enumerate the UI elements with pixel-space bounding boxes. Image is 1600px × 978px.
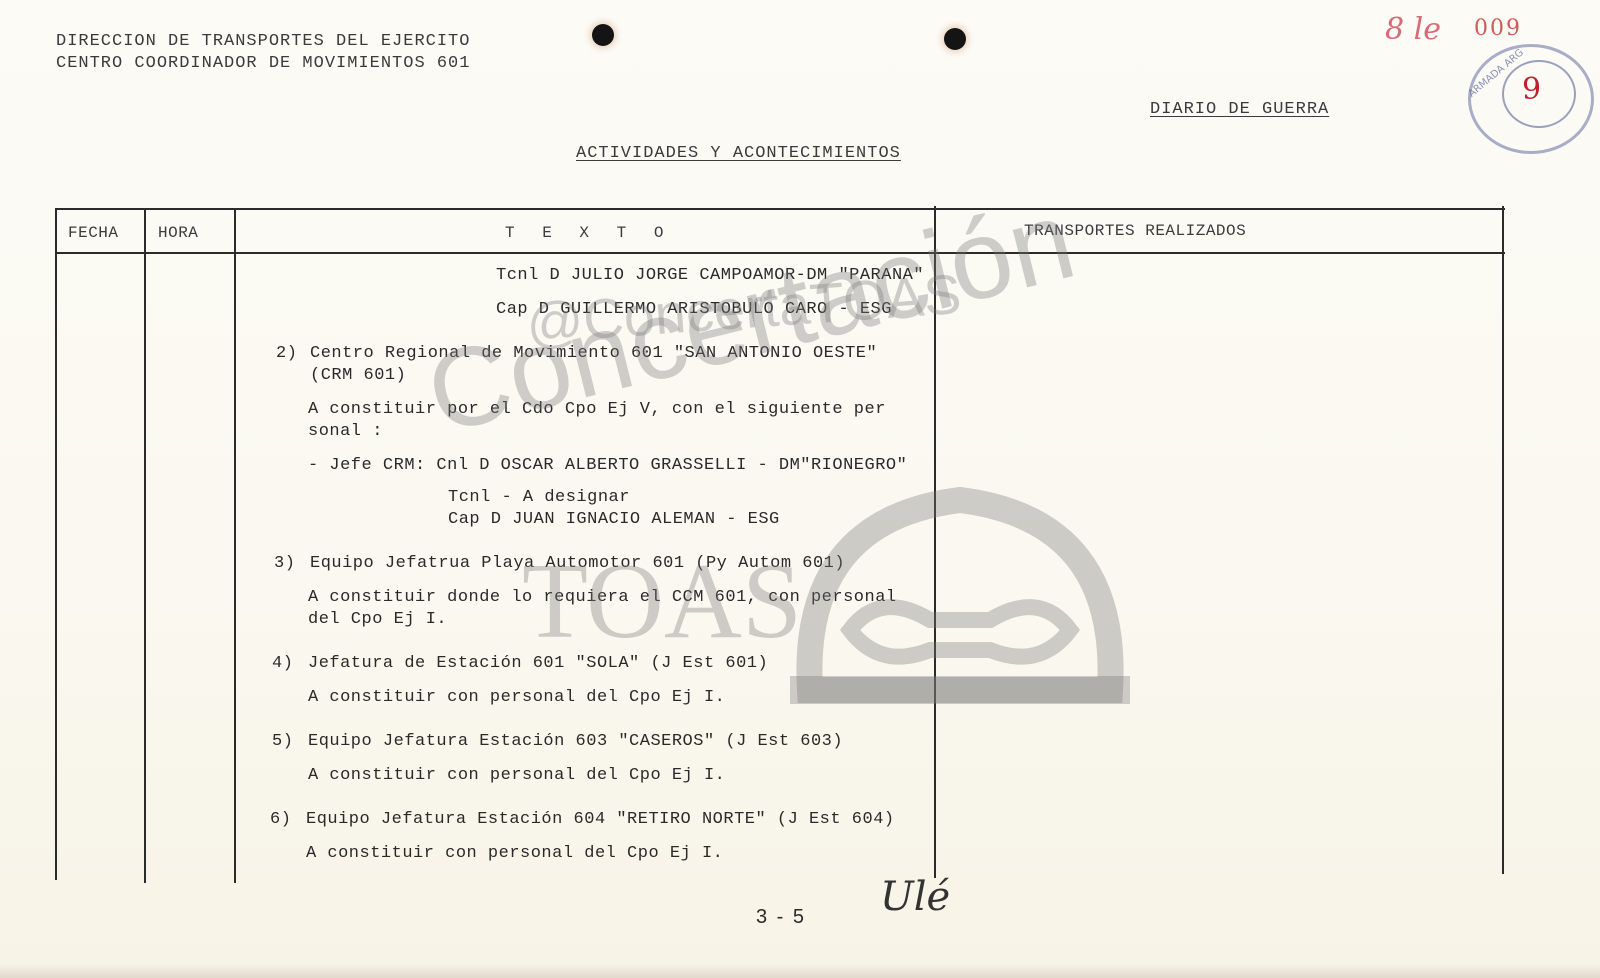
item-body: A constituir por el Cdo Cpo Ej V, con el… <box>308 400 886 419</box>
personnel-chief: - Jefe CRM: Cnl D OSCAR ALBERTO GRASSELL… <box>308 456 907 475</box>
continuation-line-1: Tcnl D JULIO JORGE CAMPOAMOR-DM "PARANA" <box>496 266 924 285</box>
item-number: 6) <box>270 810 291 829</box>
col-divider-texto-transportes <box>934 206 936 878</box>
doc-type-title: DIARIO DE GUERRA <box>1150 100 1329 119</box>
table-header-divider <box>55 252 1505 254</box>
personnel-tcnl: Tcnl - A designar <box>448 488 630 507</box>
item-title-cont: (CRM 601) <box>310 366 406 385</box>
column-header-texto: T E X T O <box>505 224 672 242</box>
column-header-transportes: TRANSPORTES REALIZADOS <box>1024 222 1246 240</box>
item-number: 3) <box>274 554 295 573</box>
punch-hole-right <box>944 28 966 50</box>
page-number: 3 - 5 <box>756 906 806 929</box>
item-title: Jefatura de Estación 601 "SOLA" (J Est 6… <box>308 654 768 673</box>
document-page: DIRECCION DE TRANSPORTES DEL EJERCITO CE… <box>0 0 1600 978</box>
item-number: 2) <box>276 344 297 363</box>
handwritten-reference: 8 le <box>1385 12 1441 47</box>
folio-number: 009 <box>1474 16 1522 41</box>
signature: Ulé <box>880 874 950 920</box>
seal-number: 9 <box>1522 72 1541 107</box>
table-top-border <box>55 208 1505 210</box>
punch-hole-left <box>592 24 614 46</box>
continuation-line-2: Cap D GUILLERMO ARISTOBULO CARO - ESG <box>496 300 892 319</box>
item-title: Equipo Jefatura Estación 604 "RETIRO NOR… <box>306 810 895 829</box>
col-divider-fecha-hora <box>144 208 146 883</box>
col-divider-hora-texto <box>234 208 236 883</box>
org-line-2: CENTRO COORDINADOR DE MOVIMIENTOS 601 <box>56 54 470 73</box>
item-title: Equipo Jefatrua Playa Automotor 601 (Py … <box>310 554 845 573</box>
col-divider-right <box>1502 206 1504 874</box>
item-body: A constituir con personal del Cpo Ej I. <box>308 688 725 707</box>
column-header-hora: HORA <box>158 224 198 242</box>
col-divider-left <box>55 208 57 880</box>
item-title: Centro Regional de Movimiento 601 "SAN A… <box>310 344 877 363</box>
item-body: A constituir donde lo requiera el CCM 60… <box>308 588 897 607</box>
section-title: ACTIVIDADES Y ACONTECIMIENTOS <box>576 144 901 163</box>
item-title: Equipo Jefatura Estación 603 "CASEROS" (… <box>308 732 843 751</box>
personnel-cap: Cap D JUAN IGNACIO ALEMAN - ESG <box>448 510 780 529</box>
paper-bottom-edge <box>0 964 1600 978</box>
item-body-cont: del Cpo Ej I. <box>308 610 447 629</box>
item-body-cont: sonal : <box>308 422 383 441</box>
column-header-fecha: FECHA <box>68 224 119 242</box>
item-number: 4) <box>272 654 293 673</box>
item-body: A constituir con personal del Cpo Ej I. <box>306 844 723 863</box>
item-body: A constituir con personal del Cpo Ej I. <box>308 766 725 785</box>
item-number: 5) <box>272 732 293 751</box>
org-line-1: DIRECCION DE TRANSPORTES DEL EJERCITO <box>56 32 470 51</box>
